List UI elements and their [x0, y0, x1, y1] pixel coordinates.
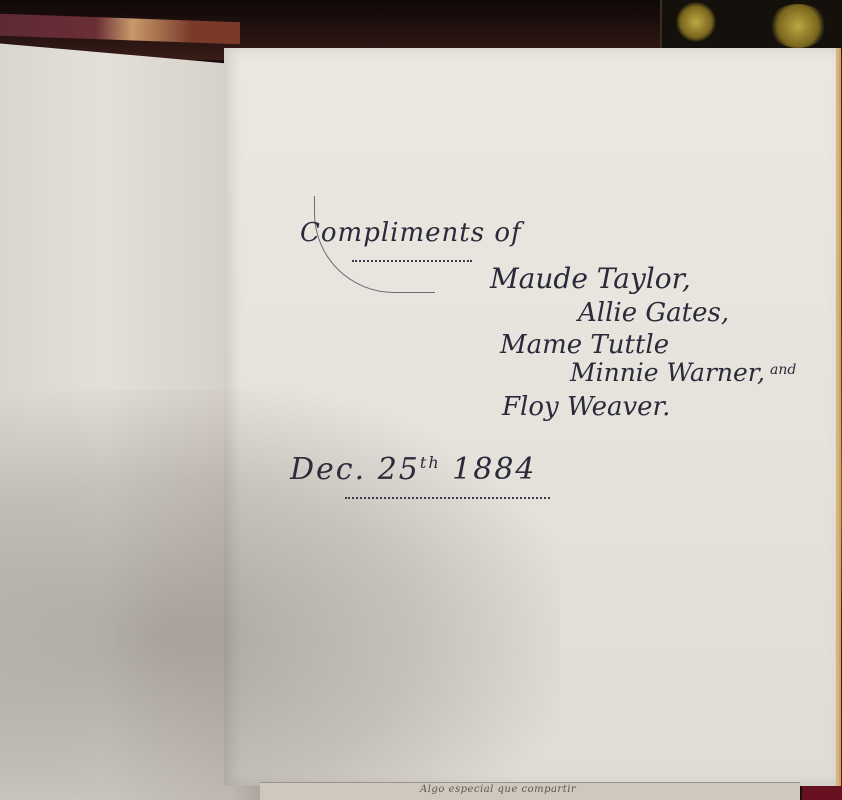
inscription-name: Allie Gates,	[578, 298, 729, 328]
inscription-heading: Compliments of	[300, 218, 522, 248]
left-endpaper	[0, 28, 262, 800]
inscription-date: Dec. 25th 1884	[290, 452, 537, 487]
inscription-conjunction: and	[770, 362, 796, 378]
date-ordinal: th	[420, 453, 441, 472]
underlying-page-text: Algo especial que compartir	[420, 784, 576, 795]
inscription-name: Maude Taylor,	[490, 262, 691, 295]
date-day: 25	[378, 452, 420, 487]
photo-scene: Compliments of Maude Taylor, Allie Gates…	[0, 0, 842, 800]
inscription-name: Floy Weaver.	[502, 392, 670, 422]
gilt-ornament-icon	[768, 4, 828, 48]
date-underline	[345, 494, 550, 499]
inscription-name: Mame Tuttle	[500, 330, 669, 360]
date-month: Dec.	[290, 452, 366, 487]
gilt-book-spine	[660, 0, 842, 50]
date-year: 1884	[452, 452, 536, 487]
inscription-name: Minnie Warner,	[570, 358, 765, 387]
heading-underline	[352, 256, 472, 262]
gilt-ornament-icon	[676, 2, 716, 42]
